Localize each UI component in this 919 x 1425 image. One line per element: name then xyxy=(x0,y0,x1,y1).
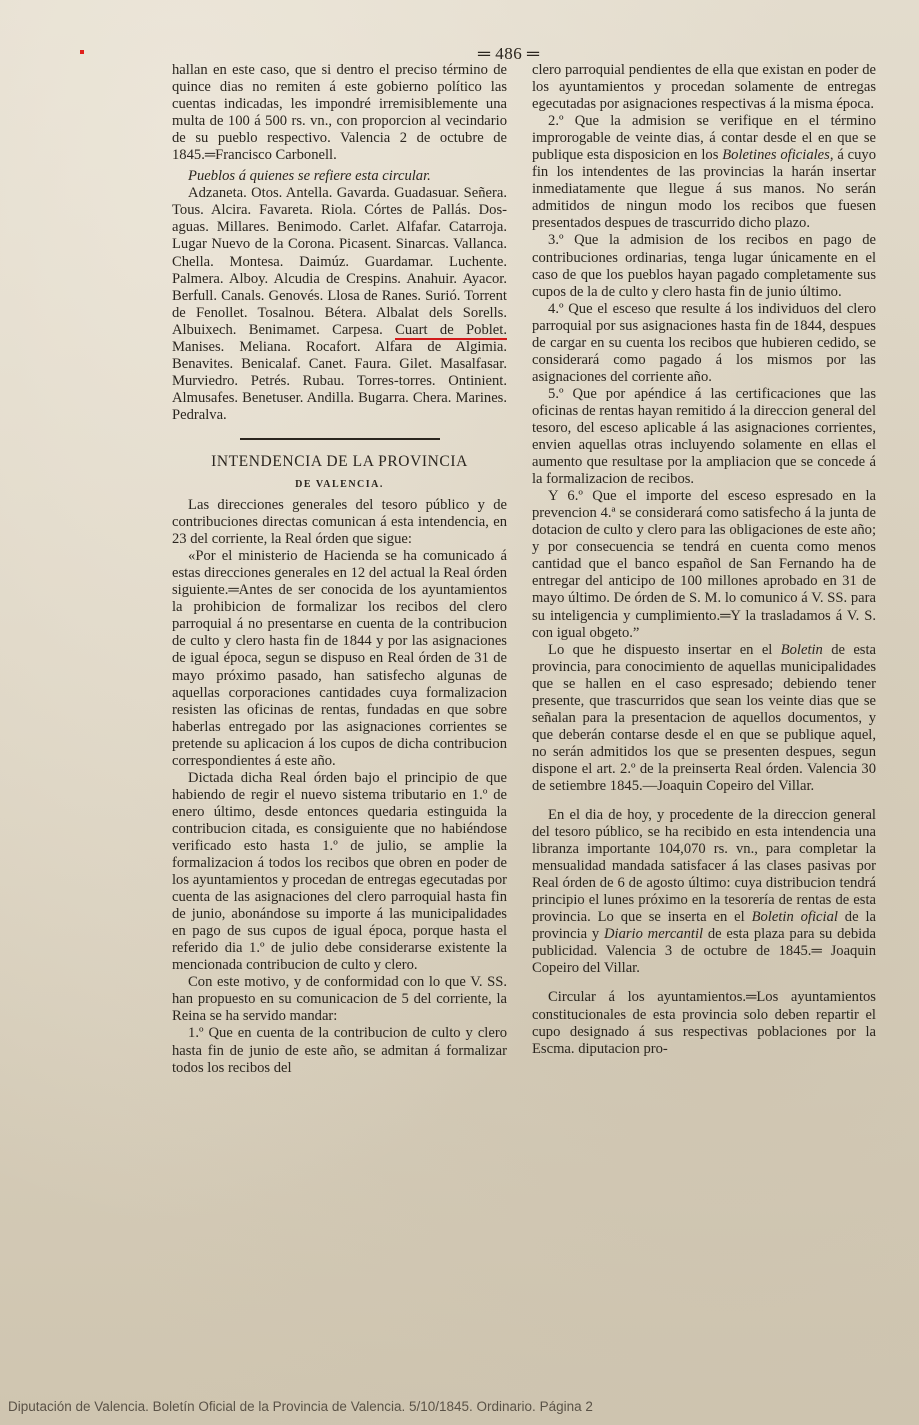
paragraph-item-2: 2.º Que la admision se verifique en el t… xyxy=(532,113,876,232)
paragraph-item-1: 1.º Que en cuenta de la contribucion de … xyxy=(172,1025,507,1076)
paragraph-libranza-notice: En el dia de hoy, y procedente de la dir… xyxy=(532,807,876,977)
right-column: clero parroquial pendientes de ella que … xyxy=(532,62,876,1058)
towns-list: Adzaneta. Otos. Antella. Gavarda. Guadas… xyxy=(172,185,507,424)
section-heading: INTENDENCIA DE LA PROVINCIA xyxy=(172,452,507,472)
page-number: ═ 486 ═ xyxy=(478,44,540,64)
towns-list-part-2: Manises. Meliana. Rocafort. Alfara de Al… xyxy=(172,339,507,423)
opening-paragraph: hallan en este caso, que si dentro el pr… xyxy=(172,62,507,164)
section-divider xyxy=(240,438,440,440)
continuation-paragraph: clero parroquial pendientes de ella que … xyxy=(532,62,876,113)
closing-text-a: Lo que he dispuesto insertar en el xyxy=(548,642,781,658)
notice-italic-boletin: Boletin oficial xyxy=(752,909,838,925)
towns-list-title: Pueblos á quienes se refiere esta circul… xyxy=(172,168,507,185)
paragraph-item-4: 4.º Que el esceso que resulte á los indi… xyxy=(532,301,876,386)
paragraph-intro: Las direcciones generales del tesoro púb… xyxy=(172,497,507,548)
paragraph-circular: Circular á los ayuntamientos.═Los ayunta… xyxy=(532,989,876,1057)
spacer xyxy=(532,977,876,989)
notice-text-a: En el dia de hoy, y procedente de la dir… xyxy=(532,807,876,925)
highlighted-town-cuart-de-poblet: Cuart de Poblet. xyxy=(395,322,507,340)
paragraph-item-6: Y 6.º Que el importe del esceso espresad… xyxy=(532,488,876,641)
red-marker-dot xyxy=(80,50,84,54)
towns-list-part-1: Adzaneta. Otos. Antella. Gavarda. Guadas… xyxy=(172,185,507,337)
closing-italic: Boletin xyxy=(781,642,823,658)
paragraph-item-3: 3.º Que la admision de los recibos en pa… xyxy=(532,232,876,300)
left-column: hallan en este caso, que si dentro el pr… xyxy=(172,62,507,1077)
paragraph-closing: Lo que he dispuesto insertar en el Bolet… xyxy=(532,642,876,795)
scanned-page: ═ 486 ═ hallan en este caso, que si dent… xyxy=(0,0,919,1425)
notice-italic-diario: Diario mercantil xyxy=(604,926,703,942)
paragraph-dictada: Dictada dicha Real órden bajo el princip… xyxy=(172,770,507,975)
paragraph-item-5: 5.º Que por apéndice á las certificacion… xyxy=(532,386,876,488)
section-subheading: DE VALENCIA. xyxy=(172,476,507,493)
closing-text-b: de esta provincia, para conocimiento de … xyxy=(532,642,876,794)
paragraph-con-este-motivo: Con este motivo, y de conformidad con lo… xyxy=(172,974,507,1025)
spacer xyxy=(532,795,876,807)
item-2-italic: Boletines oficiales xyxy=(722,147,830,163)
paragraph-real-orden: «Por el ministerio de Hacienda se ha com… xyxy=(172,548,507,770)
footer-caption: Diputación de Valencia. Boletín Oficial … xyxy=(8,1399,593,1414)
